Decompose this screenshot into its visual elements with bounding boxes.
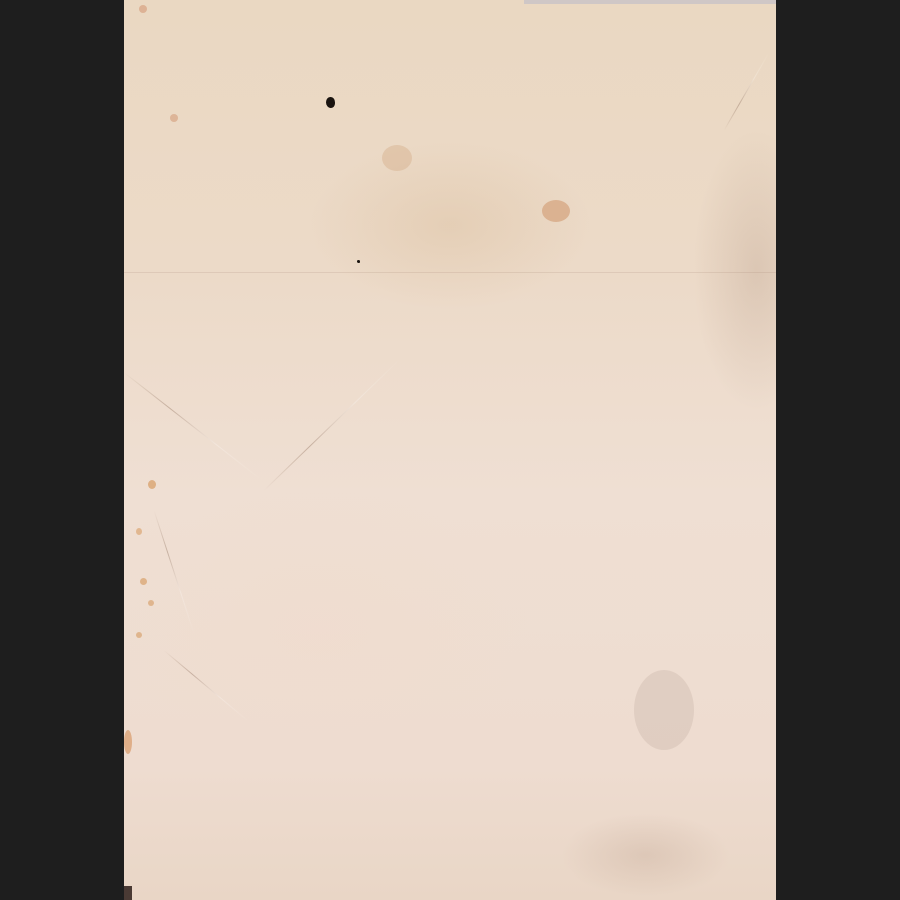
stain-mark <box>136 528 142 535</box>
stain-mark <box>170 114 178 122</box>
paper-page <box>124 0 776 900</box>
stain-mark <box>542 200 570 222</box>
paper-crease <box>154 510 195 634</box>
stain-mark <box>382 145 412 171</box>
paper-crease <box>124 372 262 481</box>
stain-mark <box>139 5 147 13</box>
smudge-mark <box>634 670 694 750</box>
stain-mark <box>148 480 156 489</box>
ink-speck <box>357 260 360 263</box>
stain-mark <box>140 578 147 585</box>
paper-crease <box>724 52 770 130</box>
paper-crease <box>164 650 249 721</box>
page-top-edge <box>524 0 776 4</box>
ink-dot <box>326 97 335 108</box>
paper-crease <box>264 358 401 491</box>
stain-mark <box>136 632 142 638</box>
page-corner-shadow <box>124 886 132 900</box>
document-viewer <box>0 0 900 900</box>
stain-mark <box>148 600 154 606</box>
stain-mark <box>124 730 132 754</box>
horizontal-fold <box>124 272 776 273</box>
